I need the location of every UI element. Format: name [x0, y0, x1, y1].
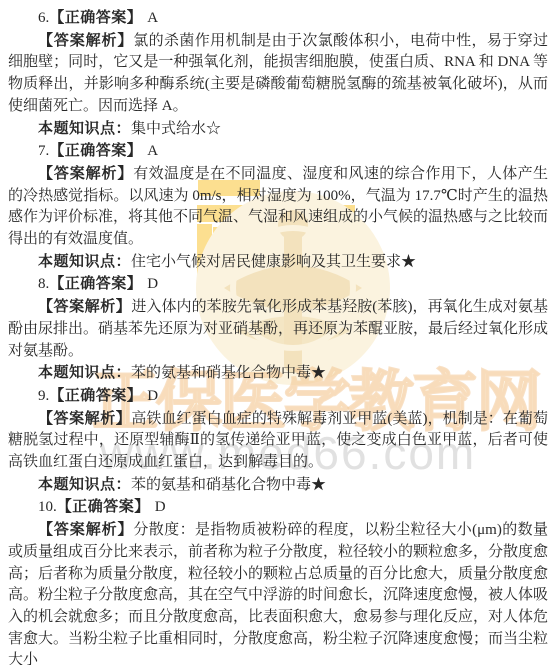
correct-answer-label: 【正确答案】	[49, 387, 142, 404]
explanation-label: 【答案解析】	[38, 298, 131, 315]
correct-answer-value: D	[155, 499, 166, 515]
answer-key-list: 6.【正确答案】A 【答案解析】氯的杀菌作用机制是由于次氯酸体积小，电荷中性，易…	[0, 0, 558, 665]
explanation-paragraph: 【答案解析】分散度：是指物质被粉碎的程度，以粉尘粒径大小(μm)的数量或质量组成…	[8, 519, 548, 665]
answer-item: 8.【正确答案】D 【答案解析】进入体内的苯胺先氧化形成苯基羟胺(苯胲)，再氧化…	[8, 273, 548, 385]
correct-answer-value: A	[147, 10, 158, 26]
explanation-paragraph: 【答案解析】氯的杀菌作用机制是由于次氯酸体积小，电荷中性，易于穿过细胞壁；同时，…	[8, 30, 548, 118]
document-page: 正保医学教育网 www.med66.com 6.【正确答案】A 【答案解析】氯的…	[0, 0, 558, 665]
correct-answer-label: 【正确答案】	[57, 498, 150, 515]
correct-answer-label: 【正确答案】	[49, 142, 142, 159]
answer-item: 6.【正确答案】A 【答案解析】氯的杀菌作用机制是由于次氯酸体积小，电荷中性，易…	[8, 7, 548, 140]
explanation-paragraph: 【答案解析】高铁血红蛋白血症的特殊解毒剂亚甲蓝(美蓝)，机制是：在葡萄糖脱氢过程…	[8, 408, 548, 474]
correct-answer-line: 9.【正确答案】D	[8, 385, 548, 408]
knowledge-point-line: 本题知识点：住宅小气候对居民健康影响及其卫生要求★	[8, 251, 548, 274]
correct-answer-line: 8.【正确答案】D	[8, 273, 548, 296]
question-number: 8.	[38, 276, 49, 292]
correct-answer-value: D	[147, 388, 158, 404]
knowledge-point-line: 本题知识点：集中式给水☆	[8, 118, 548, 141]
explanation-label: 【答案解析】	[38, 165, 133, 182]
correct-answer-line: 6.【正确答案】A	[8, 7, 548, 30]
question-number: 10.	[38, 499, 57, 515]
knowledge-point-line: 本题知识点：苯的氨基和硝基化合物中毒★	[8, 362, 548, 385]
page: { "watermark": { "brand": "正保医学教育网", "ur…	[0, 0, 558, 665]
knowledge-point-text: 集中式给水☆	[131, 121, 221, 137]
knowledge-point-text: 苯的氨基和硝基化合物中毒★	[131, 477, 326, 493]
explanation-label: 【答案解析】	[38, 521, 133, 538]
explanation-label: 【答案解析】	[38, 410, 131, 427]
answer-item: 10.【正确答案】D 【答案解析】分散度：是指物质被粉碎的程度，以粉尘粒径大小(…	[8, 496, 548, 665]
correct-answer-line: 10.【正确答案】D	[8, 496, 548, 519]
explanation-paragraph: 【答案解析】进入体内的苯胺先氧化形成苯基羟胺(苯胲)，再氧化生成对氨基酚由尿排出…	[8, 296, 548, 362]
knowledge-point-text: 苯的氨基和硝基化合物中毒★	[131, 365, 326, 381]
explanation-label: 【答案解析】	[38, 32, 133, 49]
correct-answer-value: D	[147, 276, 158, 292]
knowledge-point-label: 本题知识点：	[38, 120, 131, 137]
knowledge-point-label: 本题知识点：	[38, 364, 131, 381]
correct-answer-label: 【正确答案】	[49, 275, 142, 292]
answer-item: 9.【正确答案】D 【答案解析】高铁血红蛋白血症的特殊解毒剂亚甲蓝(美蓝)，机制…	[8, 385, 548, 497]
question-number: 9.	[38, 388, 49, 404]
knowledge-point-label: 本题知识点：	[38, 253, 131, 270]
correct-answer-value: A	[147, 143, 158, 159]
knowledge-point-text: 住宅小气候对居民健康影响及其卫生要求★	[131, 254, 416, 270]
explanation-text: 分散度：是指物质被粉碎的程度，以粉尘粒径大小(μm)的数量或质量组成百分比来表示…	[8, 522, 548, 665]
question-number: 6.	[38, 10, 49, 26]
explanation-paragraph: 【答案解析】有效温度是在不同温度、湿度和风速的综合作用下，人体产生的冷热感觉指标…	[8, 163, 548, 251]
correct-answer-label: 【正确答案】	[49, 9, 142, 26]
question-number: 7.	[38, 143, 49, 159]
knowledge-point-label: 本题知识点：	[38, 476, 131, 493]
knowledge-point-line: 本题知识点：苯的氨基和硝基化合物中毒★	[8, 474, 548, 497]
answer-item: 7.【正确答案】A 【答案解析】有效温度是在不同温度、湿度和风速的综合作用下，人…	[8, 140, 548, 273]
correct-answer-line: 7.【正确答案】A	[8, 140, 548, 163]
